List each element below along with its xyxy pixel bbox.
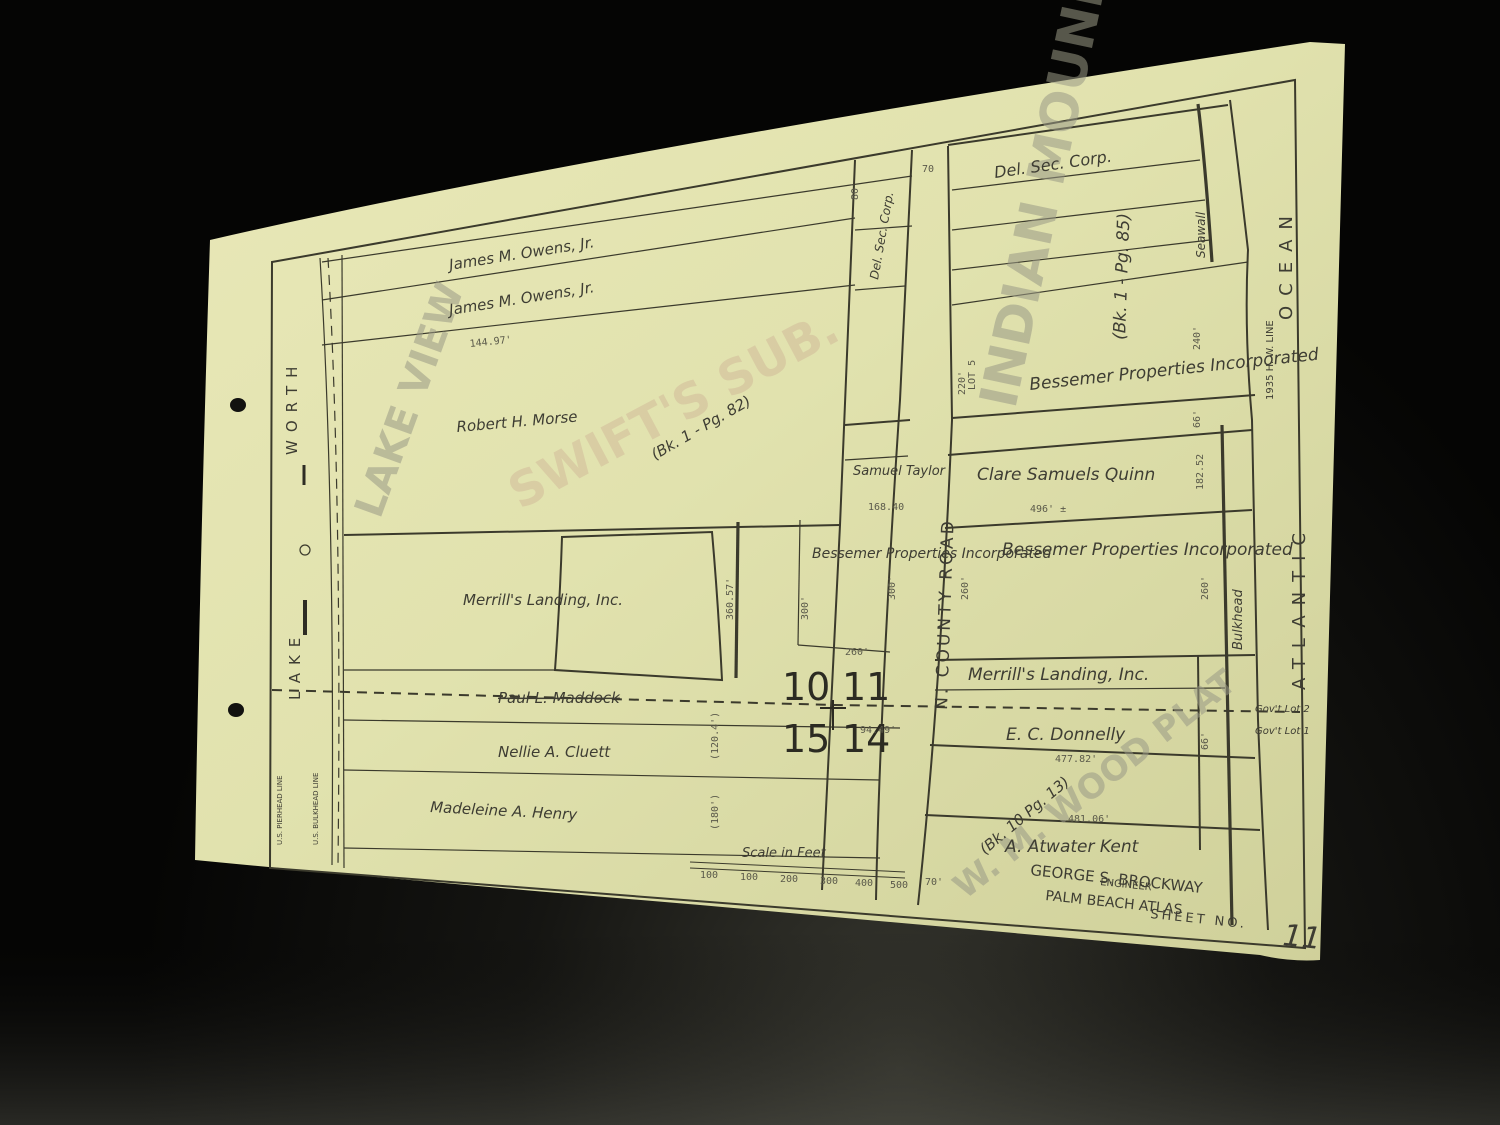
svg-text:496' ±: 496' ± (1030, 504, 1066, 515)
parcel-owner: Merrill's Landing, Inc. (463, 591, 623, 609)
svg-text:300': 300' (800, 596, 811, 620)
svg-text:U.S. PIERHEAD LINE: U.S. PIERHEAD LINE (276, 775, 284, 845)
svg-text:E. C. Donnelly: E. C. Donnelly (1006, 725, 1126, 745)
svg-text:168.40: 168.40 (868, 502, 904, 513)
svg-text:A. Atwater Kent: A. Atwater Kent (1004, 837, 1140, 857)
svg-text:15: 15 (782, 717, 830, 761)
parcel-owner: Nellie A. Cluett (498, 743, 611, 761)
parcel-owner: Paul L. Maddock (498, 689, 621, 707)
svg-text:LAKE: LAKE (286, 630, 304, 700)
svg-text:360.57': 360.57' (725, 578, 736, 620)
svg-text:240': 240' (1192, 326, 1203, 350)
road-width-bottom: 70' (925, 877, 943, 888)
svg-text:220': 220' (957, 371, 968, 395)
svg-text:11: 11 (842, 665, 890, 709)
svg-text:14: 14 (842, 717, 890, 761)
svg-text:(180'): (180') (710, 794, 721, 830)
svg-text:Bessemer Properties Incorporat: Bessemer Properties Incorporated (1002, 540, 1293, 560)
svg-text:200: 200 (780, 874, 798, 885)
svg-text:260': 260' (960, 576, 971, 600)
svg-text:WORTH: WORTH (283, 359, 301, 455)
svg-text:Scale in Feet: Scale in Feet (742, 846, 827, 861)
svg-text:Gov't Lot 1: Gov't Lot 1 (1255, 726, 1310, 737)
svg-text:477.82': 477.82' (1055, 754, 1097, 765)
svg-text:400: 400 (855, 878, 873, 889)
sheet-number: 11 (1281, 918, 1323, 957)
svg-text:300: 300 (820, 876, 838, 887)
svg-text:Bulkhead: Bulkhead (1231, 588, 1246, 650)
svg-text:100: 100 (740, 872, 758, 883)
road-width-top: 70 (922, 164, 934, 175)
parcel-line (736, 522, 738, 678)
svg-text:Merrill's Landing, Inc.: Merrill's Landing, Inc. (968, 665, 1149, 685)
svg-text:10: 10 (782, 665, 830, 709)
svg-text:182.52: 182.52 (1195, 454, 1206, 490)
svg-text:Clare Samuels Quinn: Clare Samuels Quinn (977, 465, 1155, 485)
map-photo: LAKE WORTH U.S. PIERHEAD LINE U.S. BULKH… (0, 0, 1500, 1125)
svg-text:481.06': 481.06' (1068, 814, 1110, 825)
svg-text:66': 66' (1192, 410, 1203, 428)
svg-text:80': 80' (850, 182, 861, 200)
svg-text:LOT 5: LOT 5 (967, 360, 978, 390)
svg-text:260': 260' (1200, 576, 1211, 600)
table-reflection (0, 930, 1500, 1125)
punch-hole (228, 703, 244, 717)
svg-text:500: 500 (890, 880, 908, 891)
svg-text:100: 100 (700, 870, 718, 881)
svg-text:Samuel Taylor: Samuel Taylor (853, 464, 947, 479)
svg-text:Gov't Lot 2: Gov't Lot 2 (1255, 704, 1310, 715)
svg-text:(120.4'): (120.4') (710, 712, 721, 760)
svg-text:U.S. BULKHEAD LINE: U.S. BULKHEAD LINE (312, 773, 320, 845)
svg-text:Seawall: Seawall (1194, 211, 1208, 258)
punch-hole (230, 398, 246, 412)
svg-text:260': 260' (845, 647, 869, 658)
svg-text:66': 66' (1200, 732, 1211, 750)
svg-text:94.49': 94.49' (860, 725, 896, 736)
svg-text:OCEAN: OCEAN (1276, 206, 1297, 320)
svg-text:300': 300' (887, 576, 898, 600)
